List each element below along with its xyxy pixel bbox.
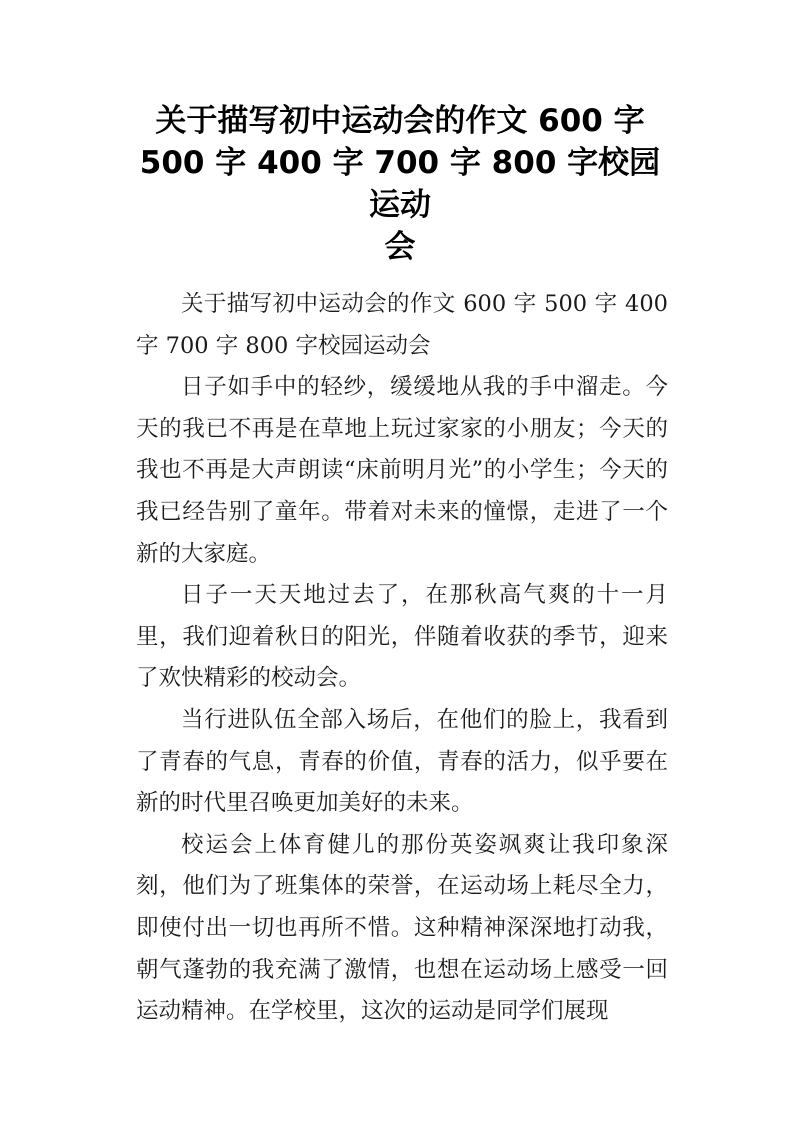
paragraph: 日子一天天地过去了，在那秋高气爽的十一月里，我们迎着秋日的阳光，伴随着收获的季节… (136, 575, 668, 700)
document-body: 关于描写初中运动会的作文 600 字 500 字 400 字 700 字 800… (136, 284, 668, 1033)
document-title: 关于描写初中运动会的作文 600 字 500 字 400 字 700 字 800… (130, 100, 670, 268)
paragraph: 校运会上体育健儿的那份英姿飒爽让我印象深刻，他们为了班集体的荣誉，在运动场上耗尽… (136, 825, 668, 1033)
title-line: 关于描写初中运动会的作文 600 字 (130, 100, 670, 142)
paragraph: 当行进队伍全部入场后，在他们的脸上，我看到了青春的气息，青春的价值，青春的活力，… (136, 700, 668, 825)
paragraph-subtitle: 关于描写初中运动会的作文 600 字 500 字 400 字 700 字 800… (136, 284, 668, 367)
paragraph: 日子如手中的轻纱，缓缓地从我的手中溜走。今天的我已不再是在草地上玩过家家的小朋友… (136, 367, 668, 575)
title-line: 会 (130, 226, 670, 268)
document-page: 关于描写初中运动会的作文 600 字 500 字 400 字 700 字 800… (0, 0, 800, 1132)
title-line: 500 字 400 字 700 字 800 字校园运动 (130, 142, 670, 226)
